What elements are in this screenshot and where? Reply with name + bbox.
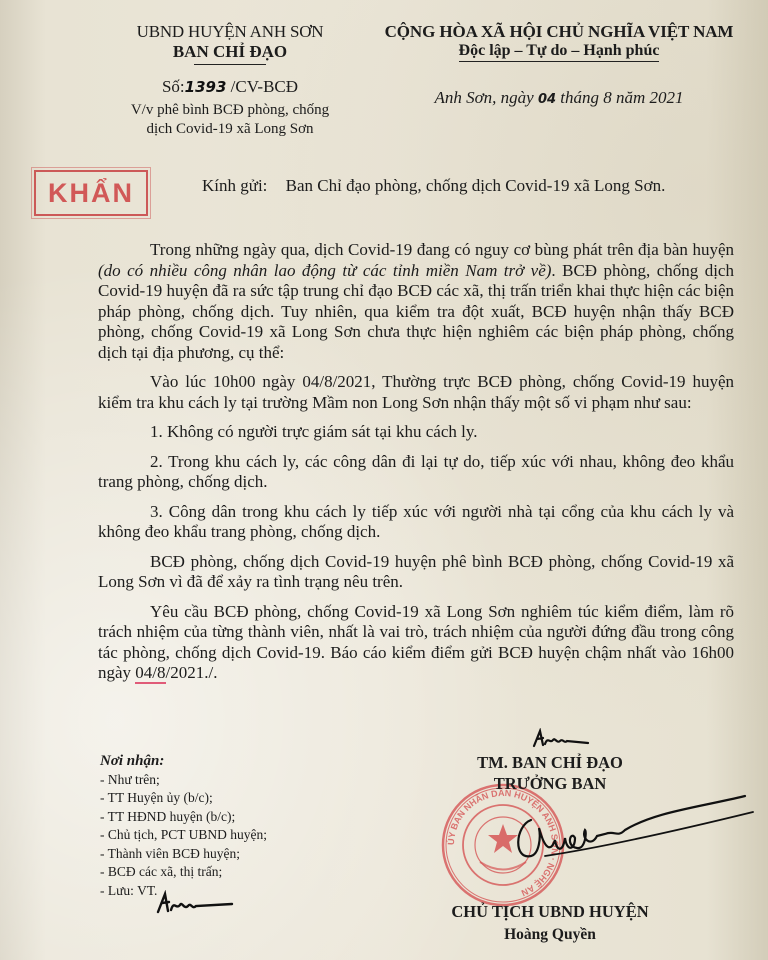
document-page: UBND HUYỆN ANH SƠN BAN CHỈ ĐẠO Số:1393 /… (0, 0, 768, 960)
date-suffix: tháng 8 năm 2021 (560, 88, 683, 107)
org-underline (194, 64, 266, 65)
p1-text: Trong những ngày qua, dịch Covid-19 đang… (150, 240, 734, 259)
p4-text-end: /2021./. (166, 663, 218, 682)
recipient-line: Kính gửi: Ban Chỉ đạo phòng, chống dịch … (202, 176, 665, 196)
signature-block: TM. BAN CHỈ ĐẠO TRƯỞNG BAN CHỦ TỊCH UBND… (420, 752, 680, 794)
national-header-block: CỘNG HÒA XÃ HỘI CHỦ NGHĨA VIỆT NAM Độc l… (350, 22, 768, 108)
recipients-list: Nơi nhận: - Như trên; - TT Huyện ủy (b/c… (100, 752, 267, 900)
paragraph-4: Yêu cầu BCĐ phòng, chống Covid-19 xã Lon… (98, 602, 734, 684)
document-number: Số:1393 /CV-BCĐ (115, 77, 345, 97)
document-body: Trong những ngày qua, dịch Covid-19 đang… (98, 240, 734, 693)
recipient-item: - Thành viên BCĐ huyện; (100, 845, 267, 864)
signer-position: CHỦ TỊCH UBND HUYỆN (420, 902, 680, 922)
violation-item-1: 1. Không có người trực giám sát tại khu … (98, 422, 734, 443)
date-day-handwritten: 04 (538, 92, 556, 107)
doc-number-prefix: Số: (162, 77, 185, 96)
paragraph-1: Trong những ngày qua, dịch Covid-19 đang… (98, 240, 734, 363)
issuing-authority-block: UBND HUYỆN ANH SƠN BAN CHỈ ĐẠO Số:1393 /… (115, 22, 345, 139)
subject-line2: dịch Covid-19 xã Long Sơn (115, 120, 345, 139)
recipient-item: - Chủ tịch, PCT UBND huyện; (100, 826, 267, 845)
p1-italic: (do có nhiều công nhân lao động từ các t… (98, 261, 551, 280)
initial-signature-icon (530, 728, 590, 750)
subject: V/v phê bình BCĐ phòng, chống dịch Covid… (115, 101, 345, 139)
recipient-item: - Như trên; (100, 771, 267, 790)
org-name-line1: UBND HUYỆN ANH SƠN (115, 22, 345, 42)
signer-on-behalf: TM. BAN CHỈ ĐẠO (420, 752, 680, 773)
recipient-value: Ban Chỉ đạo phòng, chống dịch Covid-19 x… (286, 176, 666, 195)
urgent-stamp: KHẨN (34, 170, 148, 216)
doc-number-suffix: /CV-BCĐ (231, 77, 298, 96)
paragraph-2: Vào lúc 10h00 ngày 04/8/2021, Thường trự… (98, 372, 734, 413)
date-prefix: Anh Sơn, ngày (434, 88, 533, 107)
recipient-item: - BCĐ các xã, thị trấn; (100, 863, 267, 882)
recipient-item: - TT HĐND huyện (b/c); (100, 808, 267, 827)
initial-signature-icon (154, 890, 234, 916)
recipient-label: Kính gửi: (202, 176, 267, 195)
date-line: Anh Sơn, ngày 04 tháng 8 năm 2021 (350, 88, 768, 108)
subject-line1: V/v phê bình BCĐ phòng, chống (115, 101, 345, 120)
org-name-line2: BAN CHỈ ĐẠO (115, 42, 345, 62)
signer-role: TRƯỞNG BAN (420, 773, 680, 794)
doc-number-handwritten: 1393 (185, 78, 227, 96)
recipient-item: - TT Huyện ủy (b/c); (100, 789, 267, 808)
paragraph-3: BCĐ phòng, chống dịch Covid-19 huyện phê… (98, 552, 734, 593)
nation-title: CỘNG HÒA XÃ HỘI CHỦ NGHĨA VIỆT NAM (350, 22, 768, 42)
violation-item-2: 2. Trong khu cách ly, các công dân đi lạ… (98, 452, 734, 493)
signer-name: Hoàng Quyền (420, 926, 680, 944)
signature-icon (505, 790, 755, 870)
violation-item-3: 3. Công dân trong khu cách ly tiếp xúc v… (98, 502, 734, 543)
p4-deadline-date: 04/8 (135, 663, 165, 684)
recipients-title: Nơi nhận: (100, 752, 267, 771)
national-motto: Độc lập – Tự do – Hạnh phúc (459, 42, 660, 62)
